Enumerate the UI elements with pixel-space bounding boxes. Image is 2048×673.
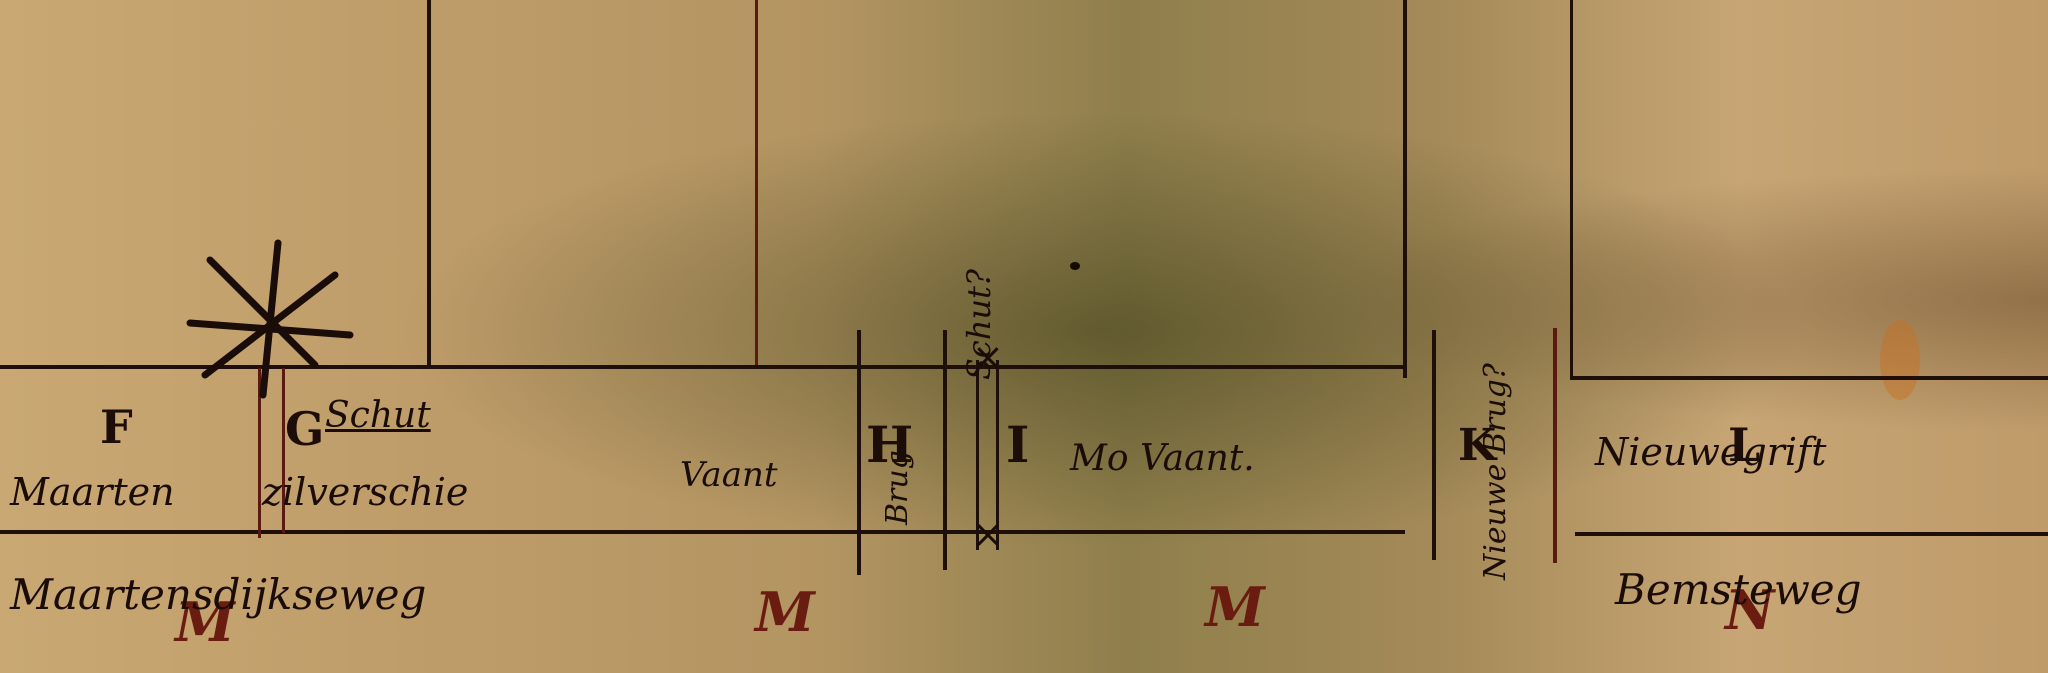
- parcel-boundary: [1403, 0, 1407, 378]
- section-divider: [943, 330, 947, 570]
- annotation-zilverschie: zilverschie: [262, 470, 468, 514]
- section-divider: [1553, 328, 1557, 563]
- parcel-letter-i: I: [1006, 415, 1029, 474]
- paper-stain: [1880, 320, 1920, 400]
- cross-mark: ×: [972, 335, 1004, 379]
- street-name-maartensdijkseweg: Maartensdijkseweg: [10, 570, 426, 619]
- parcel-letter-f: F: [100, 400, 133, 454]
- eight-point-star-icon: [185, 235, 355, 400]
- parcel-boundary: [427, 0, 431, 365]
- annotation-maarten: Maarten: [10, 470, 175, 514]
- historical-map: F G H I K L M M M N Schut Maarten zilver…: [0, 0, 2048, 673]
- paper-stain: [1070, 262, 1080, 270]
- annotation-mo-vaant: Mo Vaant.: [1070, 438, 1255, 479]
- annotation-nieuwegrift: Nieuwegrift: [1595, 430, 1826, 474]
- cross-mark: ×: [972, 512, 1004, 556]
- section-divider: [1432, 330, 1436, 560]
- street-letter-m: M: [1205, 575, 1265, 639]
- parcel-boundary: [1570, 0, 1573, 378]
- parcel-boundary: [755, 0, 758, 365]
- annotation-schut: Schut: [325, 395, 431, 436]
- street-name-bemsteweg: Bemsteweg: [1615, 565, 1862, 614]
- annotation-brug: Brug: [880, 450, 915, 525]
- street-edge-bottom: [0, 530, 1405, 534]
- parcel-letter-g: G: [285, 402, 324, 456]
- section-divider: [857, 330, 861, 575]
- street-edge-top: [1570, 376, 2048, 380]
- street-letter-m: M: [755, 580, 815, 644]
- annotation-nieuwe-brug: Nieuwe Brug?: [1478, 363, 1513, 580]
- street-edge-bottom: [1575, 532, 2048, 536]
- annotation-vaant: Vaant: [680, 455, 778, 495]
